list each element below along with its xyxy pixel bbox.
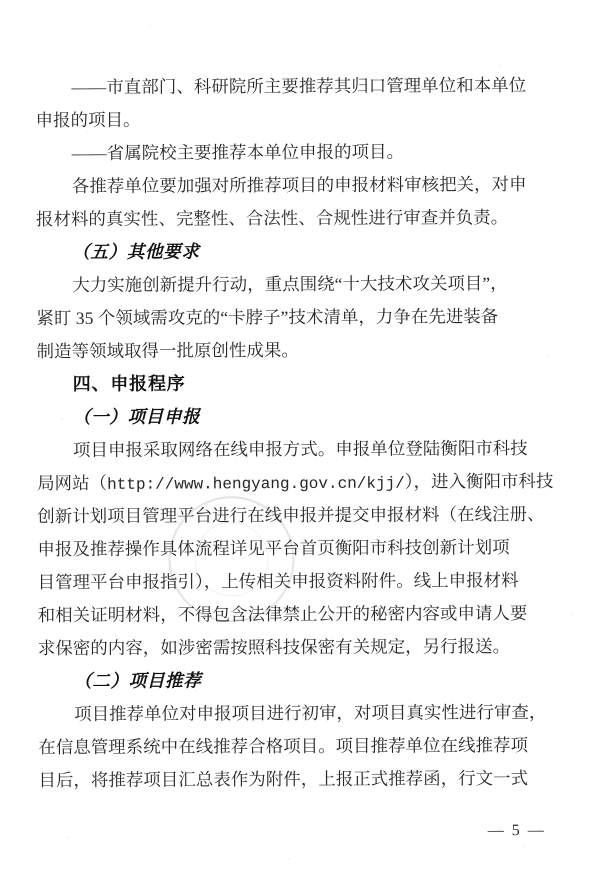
text-line-website: 局网站（http://www.hengyang.gov.cn/kjj/），进入衡…	[37, 465, 533, 500]
subsection-heading-project-application: （一）项目申报	[37, 399, 533, 434]
document-body: ——市直部门、科研院所主要推荐其归口管理单位和本单位 申报的项目。 ——省属院校…	[35, 69, 534, 797]
section-heading-application-procedure: 四、申报程序	[37, 366, 533, 401]
text-line: 申报及推荐操作具体流程详见平台首页衡阳市科技创新计划项	[37, 531, 533, 566]
text-line: 项目推荐单位对申报项目进行初审，对项目真实性进行审查，	[38, 696, 534, 731]
text-line: 目管理平台申报指引），上传相关申报资料附件。线上申报材料	[38, 564, 534, 599]
page-number: — 5 —	[488, 821, 546, 841]
text-line: 项目申报采取网络在线申报方式。申报单位登陆衡阳市科技	[37, 432, 533, 467]
text-line: ——省属院校主要推荐本单位申报的项目。	[36, 135, 532, 170]
text-line: 大力实施创新提升行动，重点围绕“十大技术攻关项目”，	[36, 267, 532, 302]
website-line-prefix: 局网站（	[37, 473, 107, 493]
text-line: 目后，将推荐项目汇总表作为附件，上报正式推荐函，行文一式	[38, 762, 534, 797]
text-line: 和相关证明材料，不得包含法律禁止公开的秘密内容或申请人要	[38, 597, 534, 632]
text-line: 创新计划项目管理平台进行在线申报并提交申报材料（在线注册、	[37, 498, 533, 533]
text-line: 制造等领域取得一批原创性成果。	[37, 333, 533, 368]
subsection-heading-other-requirements: （五）其他要求	[36, 234, 532, 269]
text-line: 紧盯 35 个领域需攻克的“卡脖子”技术清单，力争在先进装备	[36, 300, 532, 335]
subsection-heading-project-recommendation: （二）项目推荐	[38, 663, 534, 698]
text-line: 各推荐单位要加强对所推荐项目的申报材料审核把关，对申	[36, 168, 532, 203]
text-line: ——市直部门、科研院所主要推荐其归口管理单位和本单位	[35, 69, 531, 104]
text-line: 求保密的内容，如涉密需按照科技保密有关规定，另行报送。	[38, 630, 534, 665]
scanned-document-page: ——市直部门、科研院所主要推荐其归口管理单位和本单位 申报的项目。 ——省属院校…	[0, 0, 598, 890]
website-url: http://www.hengyang.gov.cn/kjj/	[107, 475, 405, 494]
website-line-suffix: ），进入衡阳市科技	[405, 471, 554, 492]
text-line: 在信息管理系统中在线推荐合格项目。项目推荐单位在线推荐项	[38, 729, 534, 764]
text-line: 报材料的真实性、完整性、合法性、合规性进行审查并负责。	[36, 201, 532, 236]
text-line: 申报的项目。	[36, 102, 532, 137]
